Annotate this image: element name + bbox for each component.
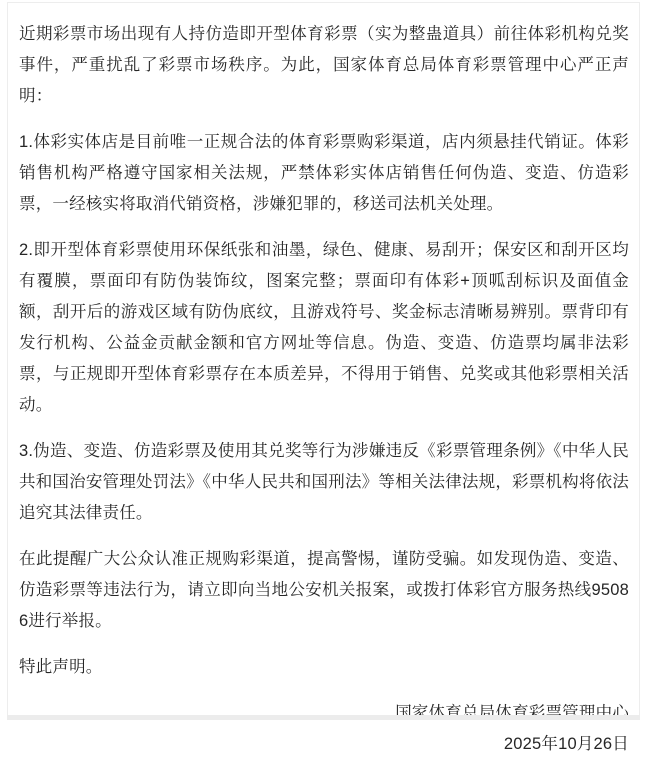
paragraph-closing: 特此声明。 (19, 652, 629, 683)
page-bottom-edge (7, 715, 640, 720)
statement-document: 近期彩票市场出现有人持仿造即开型体育彩票（实为整蛊道具）前往体彩机构兑奖事件，严… (7, 2, 640, 715)
paragraph-item-2: 2.即开型体育彩票使用环保纸张和油墨，绿色、健康、易刮开；保安区和刮开区均有覆膜… (19, 235, 629, 421)
paragraph-intro: 近期彩票市场出现有人持仿造即开型体育彩票（实为整蛊道具）前往体彩机构兑奖事件，严… (19, 19, 629, 112)
paragraph-item-3: 3.伪造、变造、仿造彩票及使用其兑奖等行为涉嫌违反《彩票管理条例》《中华人民共和… (19, 436, 629, 529)
paragraph-item-1: 1.体彩实体店是目前唯一正规合法的体育彩票购彩渠道，店内须悬挂代销证。体彩销售机… (19, 127, 629, 220)
paragraph-reminder: 在此提醒广大公众认准正规购彩渠道，提高警惕，谨防受骗。如发现伪造、变造、仿造彩票… (19, 544, 629, 637)
